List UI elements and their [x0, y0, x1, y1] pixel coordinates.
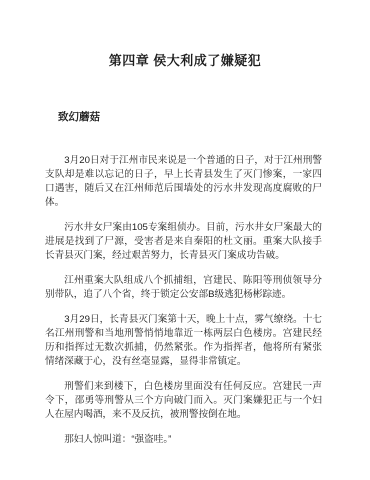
- paragraph: 3月20日对于江州市民来说是一个普通的日子，对于江州刑警支队却是难以忘记的日子，…: [45, 154, 322, 210]
- paragraph: 那妇人惊叫道：“强盗哇。”: [45, 433, 322, 447]
- paragraph: 3月29日，长青县灭门案第十天，晚上十点，雾气缭绕。十七名江州刑警和当地刑警悄悄…: [45, 313, 322, 369]
- section-heading: 致幻蘑菇: [45, 110, 370, 124]
- paragraph: 刑警们来到楼下，白色楼房里面没有任何反应。宫建民一声令下，邵勇等刑警从三个方向破…: [45, 380, 322, 422]
- paragraph: 污水井女尸案由105专案组侦办。目前，污水井女尸案最大的进展是找到了尸源，受害者…: [45, 221, 322, 263]
- ebook-page: 第四章 侯大利成了嫌疑犯 致幻蘑菇 3月20日对于江州市民来说是一个普通的日子，…: [0, 0, 370, 480]
- chapter-body: 3月20日对于江州市民来说是一个普通的日子，对于江州刑警支队却是难以忘记的日子，…: [45, 154, 322, 447]
- paragraph: 江州重案大队组成八个抓捕组，宫建民、陈阳等刑侦领导分别带队，追了八个省，终于锁定…: [45, 274, 322, 302]
- chapter-title: 第四章 侯大利成了嫌疑犯: [0, 0, 370, 70]
